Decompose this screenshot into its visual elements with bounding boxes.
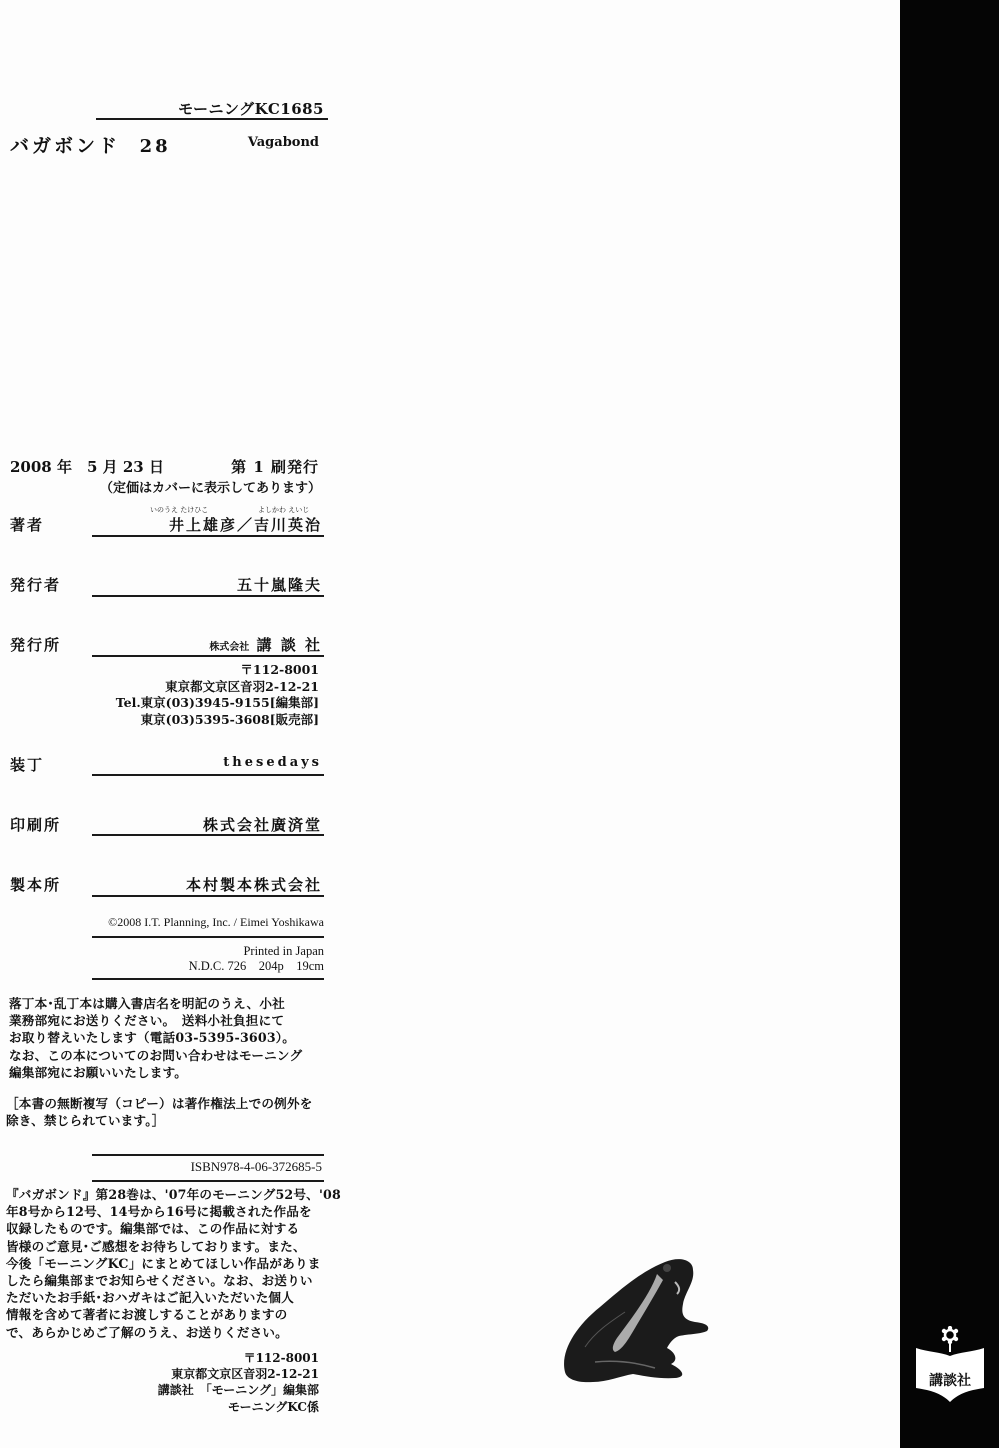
about-line: 情報を含めて著者にお渡しすることがありますの (6, 1306, 341, 1323)
publisher-rule (92, 595, 324, 597)
credit-label-printer: 印刷所 (10, 814, 61, 835)
credit-value-publisher: 五十嵐隆夫 (237, 574, 322, 595)
mailing-line: 講談社 「モーニング」編集部 (158, 1382, 319, 1398)
mailing-line: モーニングKC係 (158, 1399, 319, 1415)
about-line: 皆様のご意見･ご感想をお待ちしております。また、 (6, 1238, 341, 1255)
address-line: Tel.東京(03)3945-9155[編集部] (116, 695, 319, 712)
credit-value-house: 株式会社 講 談 社 (209, 634, 322, 655)
credit-label-binder: 製本所 (10, 874, 61, 895)
frog-illustration (555, 1252, 715, 1387)
credit-value-binder: 本村製本株式会社 (186, 874, 322, 895)
edition: 第 1 刷発行 (231, 456, 319, 477)
credit-value-author: 井上雄彦／吉川英治 (169, 514, 322, 535)
series-label: モーニングKC1685 (178, 98, 324, 119)
kodansha-logo: 講談社 (914, 1326, 986, 1402)
title-english: Vagabond (248, 135, 319, 150)
about-line: 今後「モーニングKC」にまとめてほしい作品がありま (6, 1255, 341, 1272)
notice-line: お取り替えいたします（電話03-5395-3603）。 (9, 1029, 302, 1046)
publisher-address: 〒112-8001 東京都文京区音羽2-12-21 Tel.東京(03)3945… (116, 662, 319, 728)
copyright-rule (92, 936, 324, 938)
defect-notice: 落丁本･乱丁本は購入書店名を明記のうえ、小社 業務部宛にお送りください。 送料小… (9, 995, 302, 1081)
about-line: したら編集部までお知らせください。なお、お送りい (6, 1272, 341, 1289)
house-rule (92, 655, 324, 657)
address-line: 東京都文京区音羽2-12-21 (116, 679, 319, 696)
address-line: 東京(03)5395-3608[販売部] (116, 712, 319, 729)
book-title: バガボンド 28 (10, 131, 171, 158)
about-notice: 『バガボンド』第28巻は、'07年のモーニング52号、'08 年8号から12号、… (6, 1186, 341, 1341)
spine-band (900, 0, 999, 1448)
isbn-rule (92, 1154, 324, 1156)
notice-line: なお、この本についてのお問い合わせはモーニング (9, 1047, 302, 1064)
printer-rule (92, 834, 324, 836)
book-flower-icon (914, 1326, 986, 1402)
logo-text: 講談社 (920, 1370, 980, 1390)
about-rule (92, 1180, 324, 1182)
author-rule (92, 535, 324, 537)
about-line: で、あらかじめご了解のうえ、お送りください。 (6, 1324, 341, 1341)
price-note: （定価はカバーに表示してあります） (100, 477, 321, 496)
house-name: 講 談 社 (257, 636, 322, 654)
notice-line: 業務部宛にお送りください。 送料小社負担にて (9, 1012, 302, 1029)
notice-line: ［本書の無断複写（コピー）は著作権法上での例外を (6, 1095, 313, 1112)
notice-line: 編集部宛にお願いいたします。 (9, 1064, 302, 1081)
about-line: 年8号から12号、14号から16号に掲載された作品を (6, 1203, 341, 1220)
copy-notice: ［本書の無断複写（コピー）は著作権法上での例外を 除き、禁じられています。］ (6, 1095, 313, 1129)
credit-value-printer: 株式会社廣済堂 (203, 814, 322, 835)
credit-label-author: 著者 (10, 514, 44, 535)
credit-label-design: 装丁 (10, 754, 44, 775)
notice-line: 落丁本･乱丁本は購入書店名を明記のうえ、小社 (9, 995, 302, 1012)
house-prefix: 株式会社 (209, 642, 249, 653)
title-text: バガボンド (10, 135, 120, 157)
mailing-line: 〒112-8001 (158, 1350, 319, 1366)
design-rule (92, 774, 324, 776)
copyright: ©2008 I.T. Planning, Inc. / Eimei Yoshik… (108, 915, 324, 930)
printed-line: Printed in Japan (189, 944, 324, 959)
address-line: 〒112-8001 (116, 662, 319, 679)
credit-label-house: 発行所 (10, 634, 61, 655)
mailing-line: 東京都文京区音羽2-12-21 (158, 1366, 319, 1382)
isbn: ISBN978-4-06-372685-5 (191, 1159, 322, 1175)
about-line: ただいたお手紙･おハガキはご記入いただいた個人 (6, 1289, 341, 1306)
credit-label-publisher: 発行者 (10, 574, 61, 595)
binder-rule (92, 895, 324, 897)
printed-rule (92, 978, 324, 980)
volume-number: 28 (140, 136, 171, 157)
mailing-address: 〒112-8001 東京都文京区音羽2-12-21 講談社 「モーニング」編集部… (158, 1350, 319, 1415)
about-line: 『バガボンド』第28巻は、'07年のモーニング52号、'08 (6, 1186, 341, 1203)
notice-line: 除き、禁じられています。］ (6, 1112, 313, 1129)
publication-date: 2008 年 5 月 23 日 (10, 456, 164, 477)
about-line: 収録したものです。編集部では、この作品に対する (6, 1220, 341, 1237)
ndc-line: N.D.C. 726 204p 19cm (189, 959, 324, 974)
credit-value-design: thesedays (223, 755, 322, 770)
header-rule (96, 118, 328, 120)
printed-info: Printed in Japan N.D.C. 726 204p 19cm (189, 944, 324, 974)
